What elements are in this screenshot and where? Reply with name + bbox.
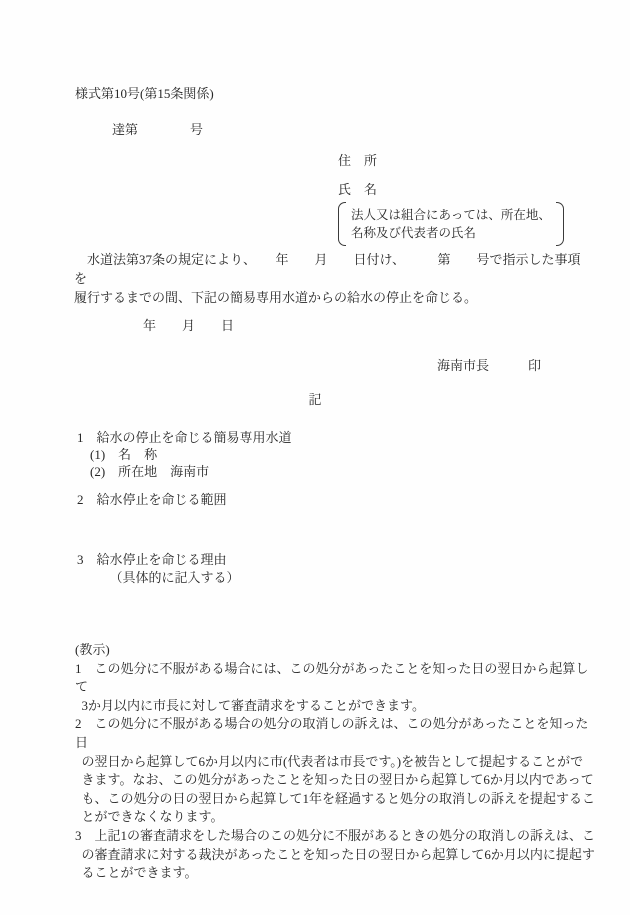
section-3-reason: 3 給水停止を命じる理由 （具体的に記入する） xyxy=(77,551,240,587)
form-number: 様式第10号(第15条関係) xyxy=(75,84,214,103)
kyoji-item-3: 3 上記1の審査請求をした場合のこの処分に不服があるときの処分の取消しの訴えは、… xyxy=(75,827,595,883)
mayor-title: 海南市長 xyxy=(437,358,489,373)
kyoji-item-1: 1 この処分に不服がある場合には、この処分があったことを知った日の翌日から起算し… xyxy=(75,660,595,716)
kyoji-item-2: 2 この処分に不服がある場合の処分の取消しの訴えは、この処分があったことを知った… xyxy=(75,715,595,827)
ki-heading: 記 xyxy=(0,390,630,409)
section-2-scope: 2 給水停止を命じる範囲 xyxy=(77,490,227,509)
corporate-note-text: 法人又は組合にあっては、所在地、 名称及び代表者の氏名 xyxy=(346,202,556,246)
left-bracket xyxy=(338,202,346,246)
corporate-note: 法人又は組合にあっては、所在地、 名称及び代表者の氏名 xyxy=(338,202,564,246)
address-label: 住 所 xyxy=(338,151,564,170)
kyoji-notice-block: (教示) 1 この処分に不服がある場合には、この処分があったことを知った日の翌日… xyxy=(75,641,595,883)
mayor-signature-line: 海南市長印 xyxy=(437,356,541,375)
addressee-block: 住 所 氏 名 法人又は組合にあっては、所在地、 名称及び代表者の氏名 xyxy=(338,151,564,246)
section-1-water-supply: 1 給水の停止を命じる簡易専用水道 (1) 名 称 (2) 所在地 海南市 xyxy=(77,429,292,480)
date-line: 年 月 日 xyxy=(143,316,234,335)
name-label: 氏 名 xyxy=(338,180,564,199)
right-bracket xyxy=(556,202,564,246)
seal-mark: 印 xyxy=(528,358,541,373)
directive-number-line: 達第 号 xyxy=(112,120,203,139)
order-paragraph: 水道法第37条の規定により、 年 月 日付け、 第 号で指示した事項を 履行する… xyxy=(74,250,590,307)
document-page: 様式第10号(第15条関係) 達第 号 住 所 氏 名 法人又は組合にあっては、… xyxy=(0,0,630,915)
kyoji-title: (教示) xyxy=(75,641,595,660)
